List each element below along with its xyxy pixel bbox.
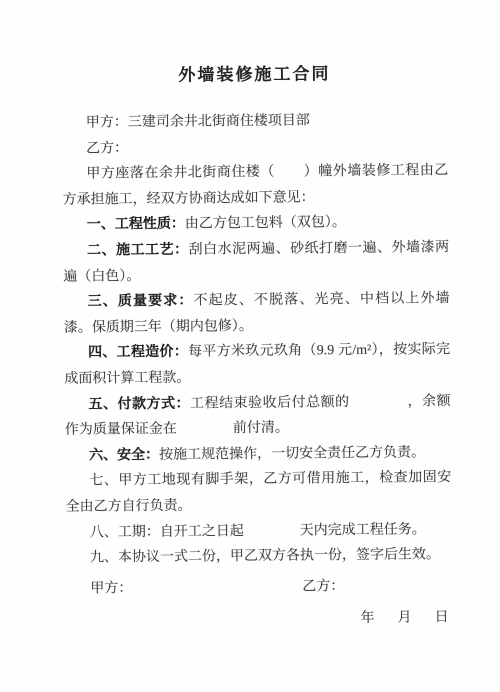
- clause-6-body: 按施工规范操作，一切安全责任乙方负责。: [159, 445, 425, 463]
- clause-3-head: 三、质量要求：: [88, 294, 194, 310]
- date-month-label: 月: [398, 611, 412, 626]
- date-year-label: 年: [361, 611, 375, 626]
- clause-9: 九、本协议一式二份，甲乙双方各执一份，签字后生效。: [66, 542, 452, 571]
- party-a-label: 甲方：: [86, 115, 128, 130]
- date-row: 年月日: [67, 605, 453, 634]
- party-a-value: 三建司余井北街商住楼项目部: [128, 113, 310, 130]
- clause-6: 六、安全：按施工规范操作，一切安全责任乙方负责。: [65, 440, 451, 469]
- clause-1: 一、工程性质：由乙方包工包料（双包）。: [63, 209, 449, 238]
- clause-7-head: 七、: [89, 474, 118, 489]
- signature-party-a-label: 甲方：: [90, 574, 302, 602]
- clause-4: 四、工程造价：每平方米玖元玖角（9.9 元/m²），按实际完成面积计算工程款。: [64, 337, 450, 392]
- clause-9-head: 九、: [90, 550, 118, 565]
- party-b-label: 乙方：: [86, 141, 128, 156]
- clause-8-body: 自开工之日起 天内完成工程任务。: [160, 522, 426, 540]
- clause-8-head: 八、工期：: [90, 524, 160, 540]
- contract-document-sheet: 外墙装修施工合同 甲方：三建司余井北街商住楼项目部 乙方： 甲方座落在余井北街商…: [0, 0, 500, 692]
- party-b-line: 乙方：: [62, 133, 448, 162]
- page-title: 外墙装修施工合同: [61, 60, 447, 90]
- clause-2-head: 二、施工工艺：: [87, 243, 189, 259]
- clause-6-head: 六、安全：: [89, 448, 159, 464]
- clause-9-body: 本协议一式二份，甲乙双方各执一份，签字后生效。: [118, 547, 440, 565]
- date-day-label: 日: [435, 610, 449, 625]
- clause-3: 三、质量要求：不起皮、不脱落、光亮、中档以上外墙漆。保质期三年（期内包修）。: [63, 286, 449, 341]
- clause-4-head: 四、工程造价：: [88, 345, 188, 361]
- clause-7: 七、甲方工地现有脚手架，乙方可借用施工，检查加固安全由乙方自行负责。: [65, 465, 451, 520]
- clause-2: 二、施工工艺：刮白水泥两遍、砂纸打磨一遍、外墙漆两遍（白色）。: [63, 235, 449, 290]
- party-a-line: 甲方：三建司余井北街商住楼项目部: [62, 107, 448, 136]
- clause-8: 八、工期：自开工之日起 天内完成工程任务。: [66, 517, 452, 546]
- clause-5-head: 五、付款方式：: [88, 396, 190, 412]
- intro-paragraph: 甲方座落在余井北街商住楼（ ）幢外墙装修工程由乙方承担施工，经双方协商达成如下意…: [62, 158, 448, 213]
- signature-party-b-label: 乙方：: [302, 579, 344, 594]
- clause-7-body: 甲方工地现有脚手架，乙方可借用施工，检查加固安全由乙方自行负责。: [65, 470, 451, 514]
- clause-1-body: 由乙方包工包料（双包）。: [185, 215, 346, 232]
- clause-5: 五、付款方式：工程结束验收后付总额的 ，余额作为质量保证金在 前付清。: [64, 389, 450, 444]
- clause-1-head: 一、工程性质：: [87, 217, 185, 233]
- signature-row: 甲方：乙方：: [66, 573, 452, 602]
